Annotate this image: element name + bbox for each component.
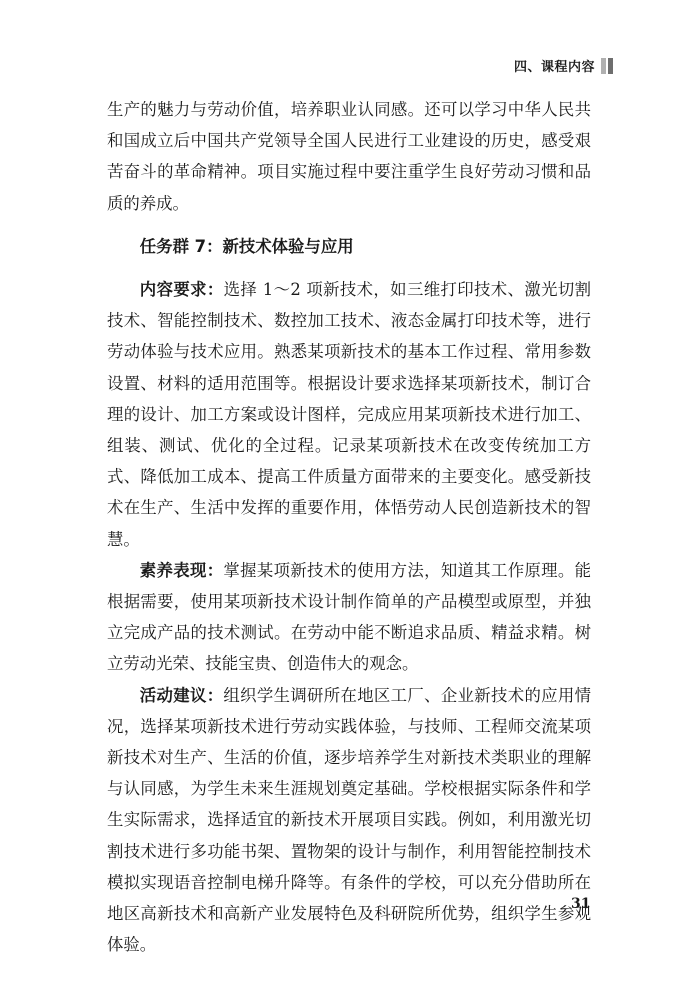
paragraph-text: 选择 1～2 项新技术，如三维打印技术、激光切割技术、智能控制技术、数控加工技术… — [107, 280, 591, 549]
running-header: 四、课程内容 — [514, 56, 613, 75]
header-bars-icon — [601, 58, 613, 74]
paragraph-label: 素养表现： — [140, 561, 224, 580]
activity-suggestions-paragraph: 活动建议：组织学生调研所在地区工厂、企业新技术的应用情况，选择某项新技术进行劳动… — [107, 680, 591, 961]
competency-performance-paragraph: 素养表现：掌握某项新技术的使用方法，知道其工作原理。能根据需要，使用某项新技术设… — [107, 555, 591, 680]
paragraph-label: 活动建议： — [140, 686, 224, 705]
chapter-title: 四、课程内容 — [514, 56, 595, 75]
paragraph-label: 内容要求： — [140, 280, 224, 299]
page-body: 生产的魅力与劳动价值，培养职业认同感。还可以学习中华人民共和国成立后中国共产党领… — [107, 94, 591, 960]
content-requirements-paragraph: 内容要求：选择 1～2 项新技术，如三维打印技术、激光切割技术、智能控制技术、数… — [107, 274, 591, 555]
section-heading: 任务群 7：新技术体验与应用 — [107, 231, 591, 262]
paragraph-text: 组织学生调研所在地区工厂、企业新技术的应用情况，选择某项新技术进行劳动实践体验，… — [107, 686, 591, 955]
continuation-paragraph: 生产的魅力与劳动价值，培养职业认同感。还可以学习中华人民共和国成立后中国共产党领… — [107, 94, 591, 219]
header-bar-dark — [608, 58, 613, 74]
page-number: 31 — [571, 896, 590, 912]
header-bar-light — [601, 58, 606, 74]
